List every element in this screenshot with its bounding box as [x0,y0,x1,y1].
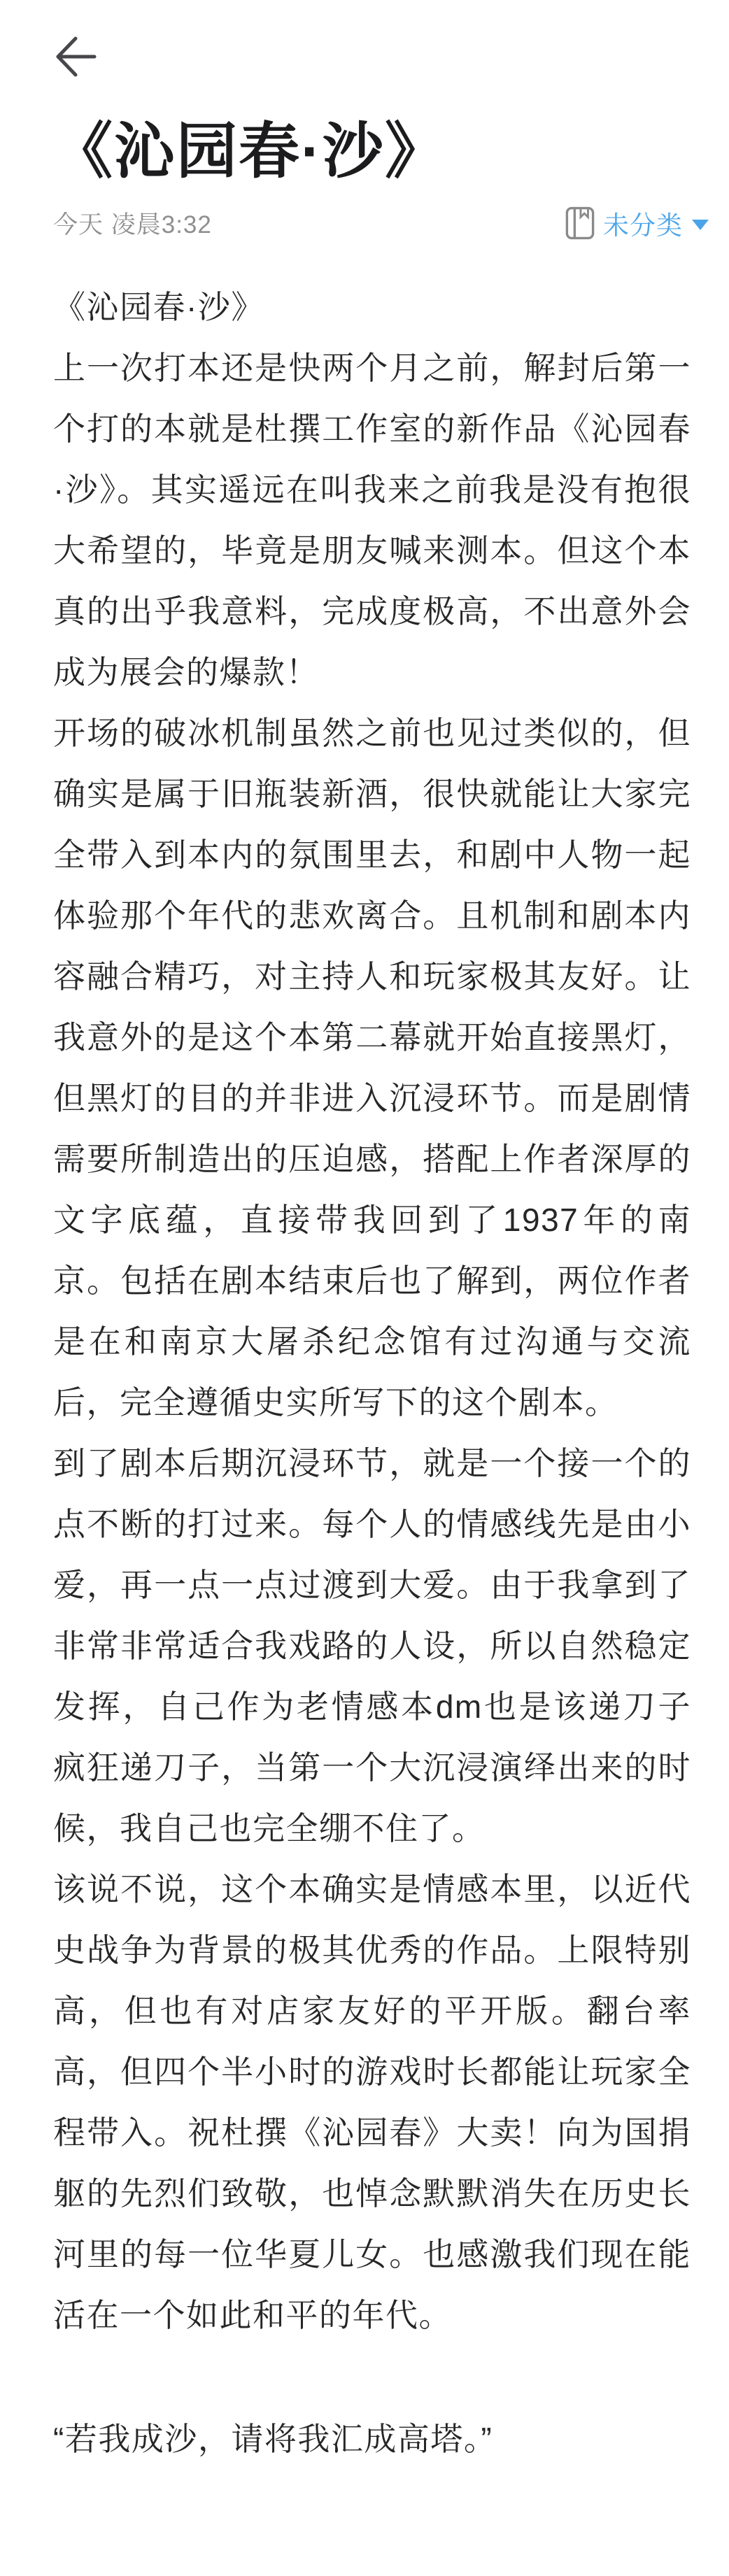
back-button[interactable] [55,35,97,78]
note-meta-row: 今天 凌晨3:32 未分类 [53,204,709,242]
category-selector[interactable]: 未分类 [565,204,709,242]
paragraph: 上一次打本还是快两个月之前，解封后第一个打的本就是杜撰工作室的新作品《沁园春·沙… [53,338,691,703]
note-title: 《沁园春·沙》 [52,120,701,183]
top-bar [0,0,729,82]
note-date: 今天 凌晨3:32 [53,206,212,241]
note-page: 《沁园春·沙》 今天 凌晨3:32 未分类 《沁园春·沙》 上一次打本还是快两个… [0,0,729,2470]
paragraph: 开场的破冰机制虽然之前也见过类似的，但确实是属于旧瓶装新酒，很快就能让大家完全带… [53,703,691,1433]
paragraph: 该说不说，这个本确实是情感本里，以近代史战争为背景的极其优秀的作品。上限特别高，… [53,1859,691,2346]
category-label: 未分类 [603,204,683,242]
note-content[interactable]: 《沁园春·沙》 上一次打本还是快两个月之前，解封后第一个打的本就是杜撰工作室的新… [53,277,691,2470]
paragraph-title-line: 《沁园春·沙》 [53,277,691,338]
closing-quote: “若我成沙，请将我汇成高塔。” [53,2409,691,2470]
back-arrow-icon [55,35,97,78]
paragraph: 到了剧本后期沉浸环节，就是一个接一个的点不断的打过来。每个人的情感线先是由小爱，… [53,1433,691,1859]
notebook-icon [565,206,595,240]
chevron-down-icon [691,218,709,231]
